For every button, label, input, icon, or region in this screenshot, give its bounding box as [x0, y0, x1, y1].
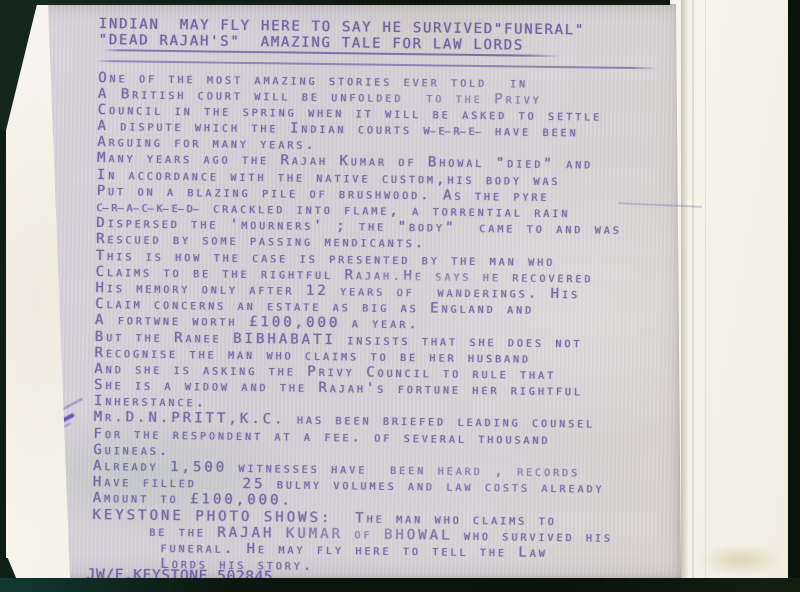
- dark-mount-right-edge: [788, 0, 800, 592]
- dark-mount-bottom-edge: [0, 578, 800, 592]
- press-caption-scan: INDIAN MAY FLY HERE TO SAY HE SURVIVED"F…: [0, 0, 800, 592]
- typed-caption-sheet: INDIAN MAY FLY HERE TO SAY HE SURVIVED"F…: [0, 4, 681, 578]
- title-underline-rule: [96, 60, 658, 69]
- paper-crease: [692, 0, 694, 578]
- caption-title: INDIAN MAY FLY HERE TO SAY HE SURVIVED"F…: [99, 16, 586, 55]
- caption-body: One of the most amazing stories ever tol…: [92, 70, 624, 579]
- caption-edge-shadow: [681, 0, 690, 578]
- dark-mount-top-edge: [36, 0, 670, 5]
- paper-crease: [705, 0, 706, 578]
- typewritten-text: INDIAN MAY FLY HERE TO SAY HE SURVIVED"F…: [92, 16, 699, 584]
